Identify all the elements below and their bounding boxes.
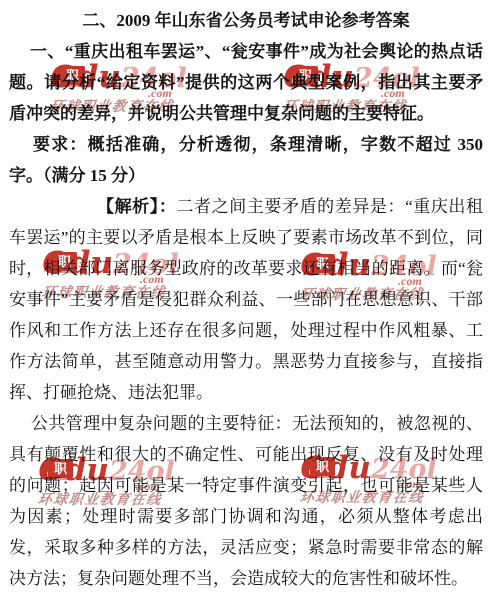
analysis-paragraph: 【解析】：二者之间主要矛盾的差异是：“重庆出租车罢运”的主要以矛盾是根本上反映了… xyxy=(9,191,483,408)
document-content: 二、2009 年山东省公务员考试申论参考答案 一、“重庆出租车罢运”、“瓮安事件… xyxy=(0,0,492,594)
document-title: 二、2009 年山东省公务员考试申论参考答案 xyxy=(9,5,483,36)
question-paragraph: 一、“重庆出租车罢运”、“瓮安事件”成为社会舆论的热点话题。请分析“给定资料”提… xyxy=(9,36,483,129)
analysis-body: 二者之间主要矛盾的差异是：“重庆出租车罢运”的主要以矛盾是根本上反映了要素市场改… xyxy=(9,197,483,402)
features-paragraph: 公共管理中复杂问题的主要特征：无法预知的，被忽视的、具有颠覆性和很大的不确定性、… xyxy=(9,408,483,594)
analysis-label: 【解析】： xyxy=(97,197,176,216)
document-page: edu24ol 职 .com 环球职业教育在线 edu24ol 职 .com 环… xyxy=(0,0,492,596)
requirements-paragraph: 要求：概括准确，分析透彻，条理清晰，字数不超过 350 字。（满分 15 分） xyxy=(9,129,483,191)
